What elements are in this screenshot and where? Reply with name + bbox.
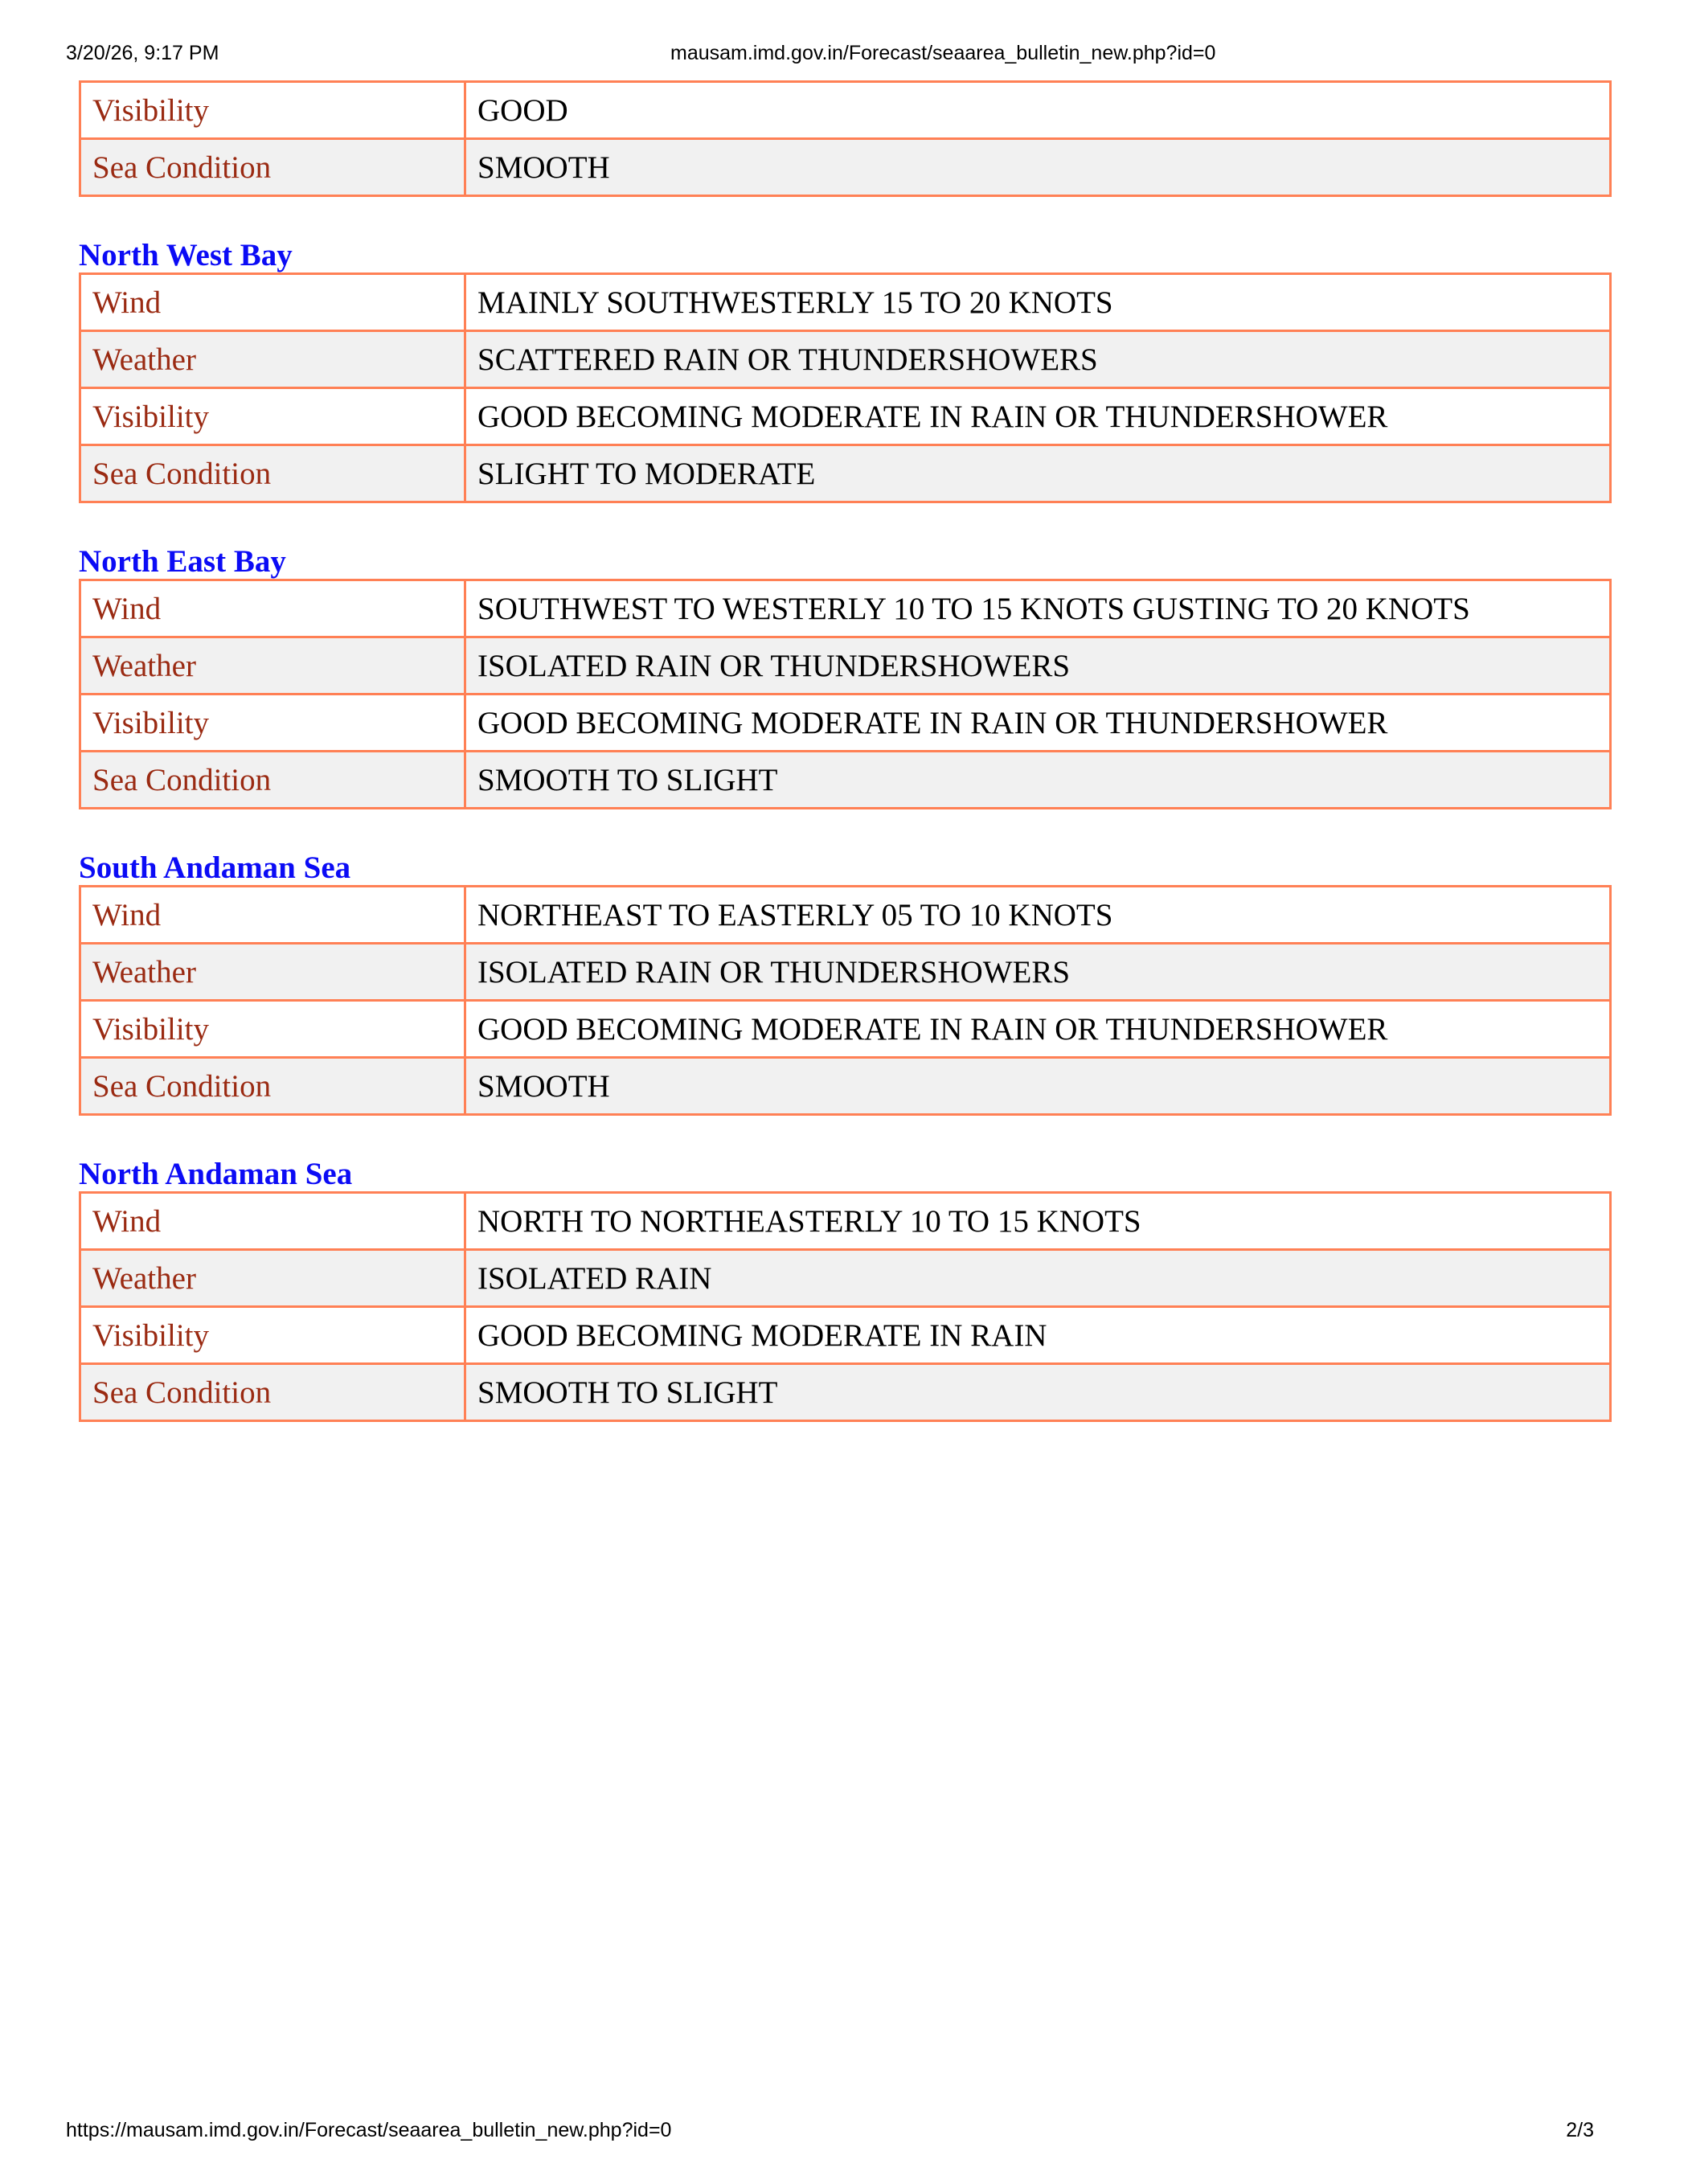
section-north-east-bay: North East Bay Wind SOUTHWEST TO WESTERL… — [79, 545, 1612, 809]
row-label: Visibility — [80, 82, 465, 139]
row-label: Visibility — [80, 1307, 465, 1364]
row-value: ISOLATED RAIN — [465, 1250, 1611, 1307]
row-value: GOOD — [465, 82, 1611, 139]
table-row: Sea Condition SMOOTH — [80, 139, 1611, 196]
table-row: Sea Condition SLIGHT TO MODERATE — [80, 445, 1611, 502]
row-label: Sea Condition — [80, 752, 465, 809]
table-row: Sea Condition SMOOTH TO SLIGHT — [80, 752, 1611, 809]
section-title: North East Bay — [79, 545, 1612, 579]
table-row: Weather ISOLATED RAIN OR THUNDERSHOWERS — [80, 637, 1611, 695]
row-value: SMOOTH — [465, 1058, 1611, 1115]
section-south-andaman-sea: South Andaman Sea Wind NORTHEAST TO EAST… — [79, 851, 1612, 1116]
row-label: Visibility — [80, 1001, 465, 1058]
print-datetime: 3/20/26, 9:17 PM — [66, 42, 219, 65]
table-row: Sea Condition SMOOTH — [80, 1058, 1611, 1115]
section-title: South Andaman Sea — [79, 851, 1612, 885]
row-value: SMOOTH TO SLIGHT — [465, 1364, 1611, 1421]
continued-forecast-table: Visibility GOOD Sea Condition SMOOTH — [79, 80, 1612, 197]
section-title: North Andaman Sea — [79, 1158, 1612, 1191]
row-value: SCATTERED RAIN OR THUNDERSHOWERS — [465, 331, 1611, 388]
row-label: Sea Condition — [80, 445, 465, 502]
row-value: SMOOTH TO SLIGHT — [465, 752, 1611, 809]
table-row: Visibility GOOD BECOMING MODERATE IN RAI… — [80, 695, 1611, 752]
row-value: SOUTHWEST TO WESTERLY 10 TO 15 KNOTS GUS… — [465, 580, 1611, 637]
section-north-andaman-sea: North Andaman Sea Wind NORTH TO NORTHEAS… — [79, 1158, 1612, 1422]
forecast-table: Wind NORTH TO NORTHEASTERLY 10 TO 15 KNO… — [79, 1191, 1612, 1422]
print-footer: https://mausam.imd.gov.in/Forecast/seaar… — [0, 2119, 1688, 2151]
table-row: Visibility GOOD BECOMING MODERATE IN RAI… — [80, 388, 1611, 445]
section-north-west-bay: North West Bay Wind MAINLY SOUTHWESTERLY… — [79, 239, 1612, 503]
row-label: Wind — [80, 274, 465, 331]
table-row: Wind SOUTHWEST TO WESTERLY 10 TO 15 KNOT… — [80, 580, 1611, 637]
row-label: Sea Condition — [80, 1364, 465, 1421]
section-title: North West Bay — [79, 239, 1612, 272]
row-label: Wind — [80, 887, 465, 944]
table-row: Sea Condition SMOOTH TO SLIGHT — [80, 1364, 1611, 1421]
print-page-url: mausam.imd.gov.in/Forecast/seaarea_bulle… — [670, 42, 1215, 65]
page-number: 2/3 — [1566, 2119, 1594, 2142]
row-value: ISOLATED RAIN OR THUNDERSHOWERS — [465, 637, 1611, 695]
row-value: SMOOTH — [465, 139, 1611, 196]
table-row: Wind NORTHEAST TO EASTERLY 05 TO 10 KNOT… — [80, 887, 1611, 944]
print-header: 3/20/26, 9:17 PM mausam.imd.gov.in/Forec… — [0, 42, 1688, 74]
forecast-table: Wind NORTHEAST TO EASTERLY 05 TO 10 KNOT… — [79, 885, 1612, 1116]
row-label: Visibility — [80, 695, 465, 752]
row-label: Visibility — [80, 388, 465, 445]
row-value: NORTH TO NORTHEASTERLY 10 TO 15 KNOTS — [465, 1193, 1611, 1250]
table-row: Weather ISOLATED RAIN — [80, 1250, 1611, 1307]
forecast-table: Wind SOUTHWEST TO WESTERLY 10 TO 15 KNOT… — [79, 579, 1612, 809]
table-row: Visibility GOOD BECOMING MODERATE IN RAI… — [80, 1001, 1611, 1058]
table-row: Visibility GOOD — [80, 82, 1611, 139]
table-row: Weather SCATTERED RAIN OR THUNDERSHOWERS — [80, 331, 1611, 388]
row-label: Weather — [80, 331, 465, 388]
table-row: Weather ISOLATED RAIN OR THUNDERSHOWERS — [80, 944, 1611, 1001]
print-full-url: https://mausam.imd.gov.in/Forecast/seaar… — [66, 2119, 671, 2142]
row-label: Sea Condition — [80, 1058, 465, 1115]
table-row: Wind MAINLY SOUTHWESTERLY 15 TO 20 KNOTS — [80, 274, 1611, 331]
forecast-table: Wind MAINLY SOUTHWESTERLY 15 TO 20 KNOTS… — [79, 272, 1612, 503]
row-label: Wind — [80, 1193, 465, 1250]
bulletin-content: Visibility GOOD Sea Condition SMOOTH Nor… — [79, 80, 1612, 1422]
row-value: GOOD BECOMING MODERATE IN RAIN OR THUNDE… — [465, 388, 1611, 445]
table-row: Visibility GOOD BECOMING MODERATE IN RAI… — [80, 1307, 1611, 1364]
row-label: Sea Condition — [80, 139, 465, 196]
row-label: Wind — [80, 580, 465, 637]
row-value: NORTHEAST TO EASTERLY 05 TO 10 KNOTS — [465, 887, 1611, 944]
row-value: SLIGHT TO MODERATE — [465, 445, 1611, 502]
row-value: MAINLY SOUTHWESTERLY 15 TO 20 KNOTS — [465, 274, 1611, 331]
row-label: Weather — [80, 1250, 465, 1307]
row-label: Weather — [80, 944, 465, 1001]
row-value: GOOD BECOMING MODERATE IN RAIN — [465, 1307, 1611, 1364]
row-label: Weather — [80, 637, 465, 695]
row-value: ISOLATED RAIN OR THUNDERSHOWERS — [465, 944, 1611, 1001]
row-value: GOOD BECOMING MODERATE IN RAIN OR THUNDE… — [465, 695, 1611, 752]
row-value: GOOD BECOMING MODERATE IN RAIN OR THUNDE… — [465, 1001, 1611, 1058]
table-row: Wind NORTH TO NORTHEASTERLY 10 TO 15 KNO… — [80, 1193, 1611, 1250]
